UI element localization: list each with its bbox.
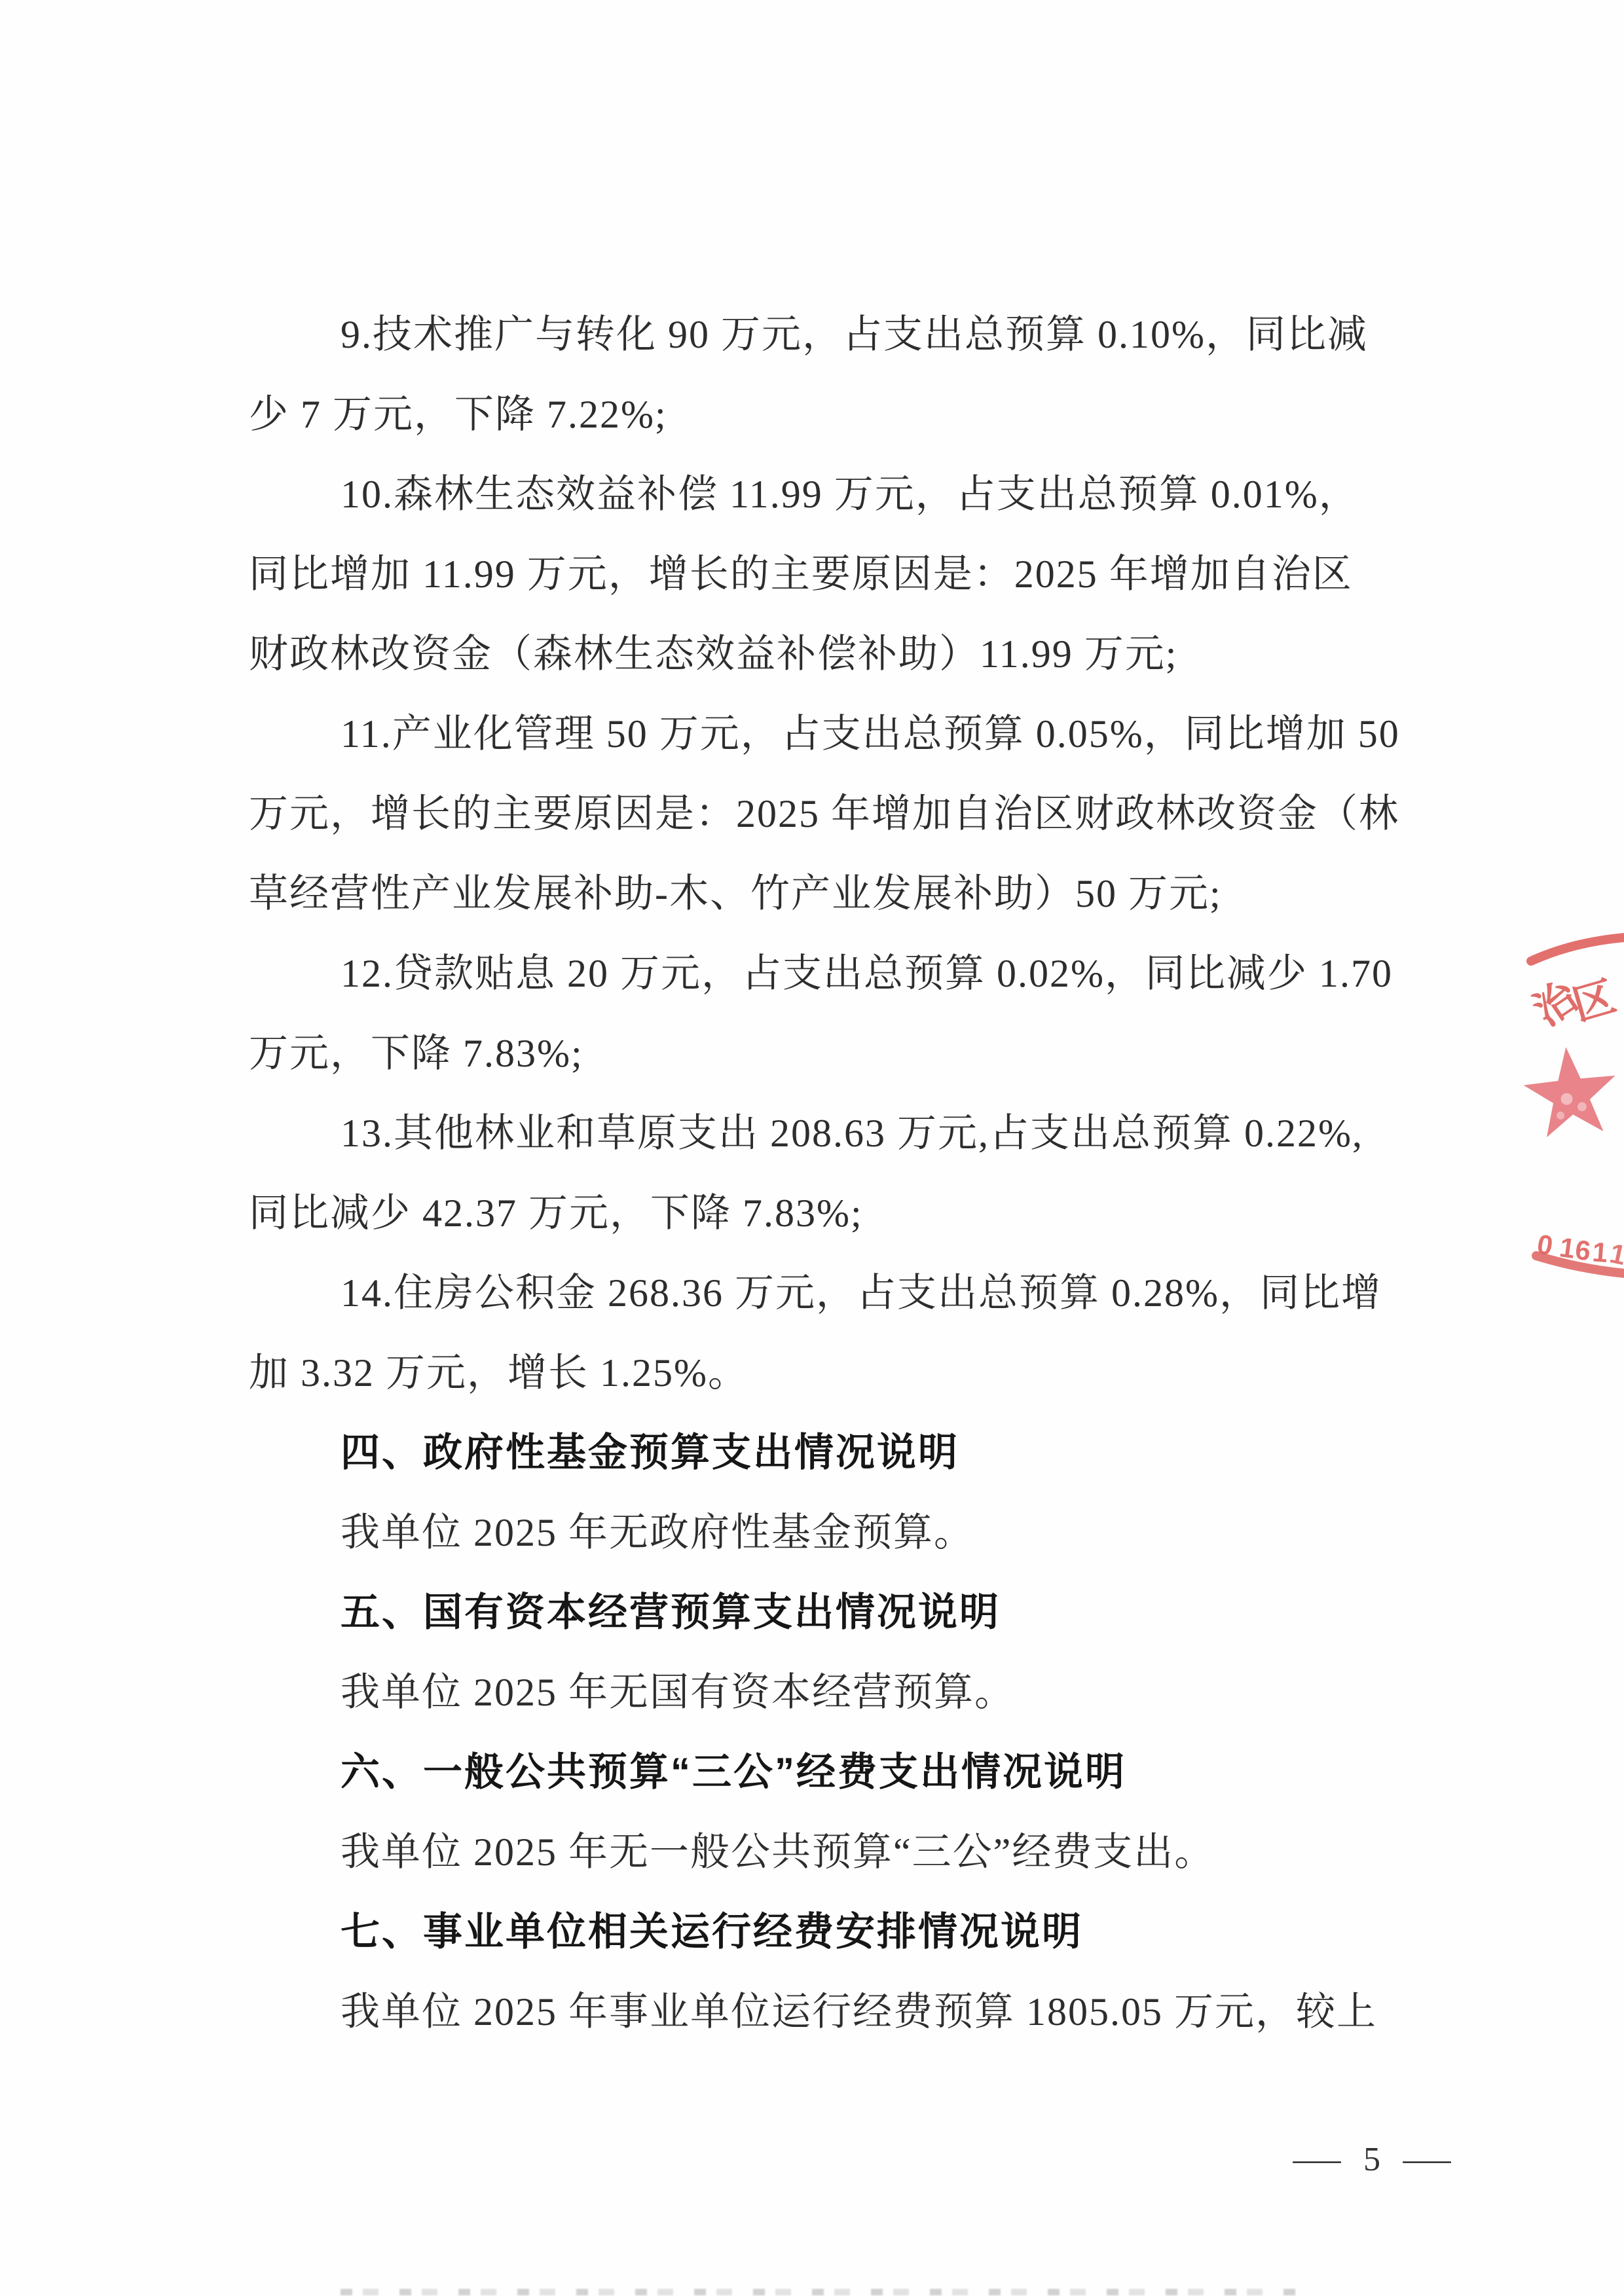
text-line: 财政林改资金（森林生态效益补偿补助）11.99 万元; bbox=[249, 614, 1438, 694]
section-heading-4: 四、政府性基金预算支出情况说明 bbox=[249, 1413, 1438, 1493]
scan-edge-artifact bbox=[341, 2289, 1297, 2295]
text-line: 10.森林生态效益补偿 11.99 万元，占支出总预算 0.01%， bbox=[249, 454, 1438, 534]
seal-ring-top-arc bbox=[1531, 937, 1624, 961]
text-line: 少 7 万元，下降 7.22%; bbox=[249, 374, 1438, 454]
text-line: 加 3.32 万元，增长 1.25%。 bbox=[249, 1333, 1438, 1413]
seal-serial-digit-partial: 1 bbox=[1607, 1237, 1624, 1271]
official-seal-stamp: 治 区 0 1 6 1 1 bbox=[1454, 903, 1624, 1296]
text-line: 同比减少 42.37 万元，下降 7.83%; bbox=[249, 1173, 1438, 1253]
text-line: 12.贷款贴息 20 万元，占支出总预算 0.02%，同比减少 1.70 bbox=[249, 934, 1438, 1013]
text-line: 草经营性产业发展补助-木、竹产业发展补助）50 万元; bbox=[249, 854, 1438, 934]
text-line: 9.技术推广与转化 90 万元，占支出总预算 0.10%，同比减 bbox=[249, 295, 1438, 374]
text-line: 我单位 2025 年无政府性基金预算。 bbox=[249, 1493, 1438, 1573]
document-body: 9.技术推广与转化 90 万元，占支出总预算 0.10%，同比减 少 7 万元，… bbox=[249, 295, 1438, 2052]
text-line: 万元，下降 7.83%; bbox=[249, 1013, 1438, 1093]
text-line: 11.产业化管理 50 万元，占支出总预算 0.05%，同比增加 50 bbox=[249, 694, 1438, 774]
text-line: 我单位 2025 年无一般公共预算“三公”经费支出。 bbox=[249, 1812, 1438, 1892]
text-line: 14.住房公积金 268.36 万元，占支出总预算 0.28%，同比增 bbox=[249, 1253, 1438, 1333]
page-number: — 5 — bbox=[1300, 2140, 1444, 2179]
seal-serial-digit: 6 bbox=[1574, 1234, 1592, 1266]
text-line: 同比增加 11.99 万元，增长的主要原因是：2025 年增加自治区 bbox=[249, 534, 1438, 614]
section-heading-7: 七、事业单位相关运行经费安排情况说明 bbox=[249, 1892, 1438, 1972]
page-number-dash: — bbox=[1293, 2140, 1341, 2179]
document-page: 9.技术推广与转化 90 万元，占支出总预算 0.10%，同比减 少 7 万元，… bbox=[0, 0, 1624, 2296]
text-line: 万元，增长的主要原因是：2025 年增加自治区财政林改资金（林 bbox=[249, 774, 1438, 854]
text-line: 我单位 2025 年无国有资本经营预算。 bbox=[249, 1652, 1438, 1732]
section-heading-6: 六、一般公共预算“三公”经费支出情况说明 bbox=[249, 1732, 1438, 1812]
seal-serial-digit: 1 bbox=[1591, 1236, 1609, 1268]
seal-star-icon bbox=[1520, 1042, 1621, 1139]
section-heading-5: 五、国有资本经营预算支出情况说明 bbox=[249, 1573, 1438, 1652]
text-line: 我单位 2025 年事业单位运行经费预算 1805.05 万元，较上 bbox=[249, 1972, 1438, 2052]
text-line: 13.其他林业和草原支出 208.63 万元,占支出总预算 0.22%, bbox=[249, 1093, 1438, 1173]
page-number-dash: — bbox=[1403, 2140, 1451, 2179]
page-number-value: 5 bbox=[1363, 2140, 1380, 2179]
seal-arc-character: 区 bbox=[1568, 973, 1621, 1029]
